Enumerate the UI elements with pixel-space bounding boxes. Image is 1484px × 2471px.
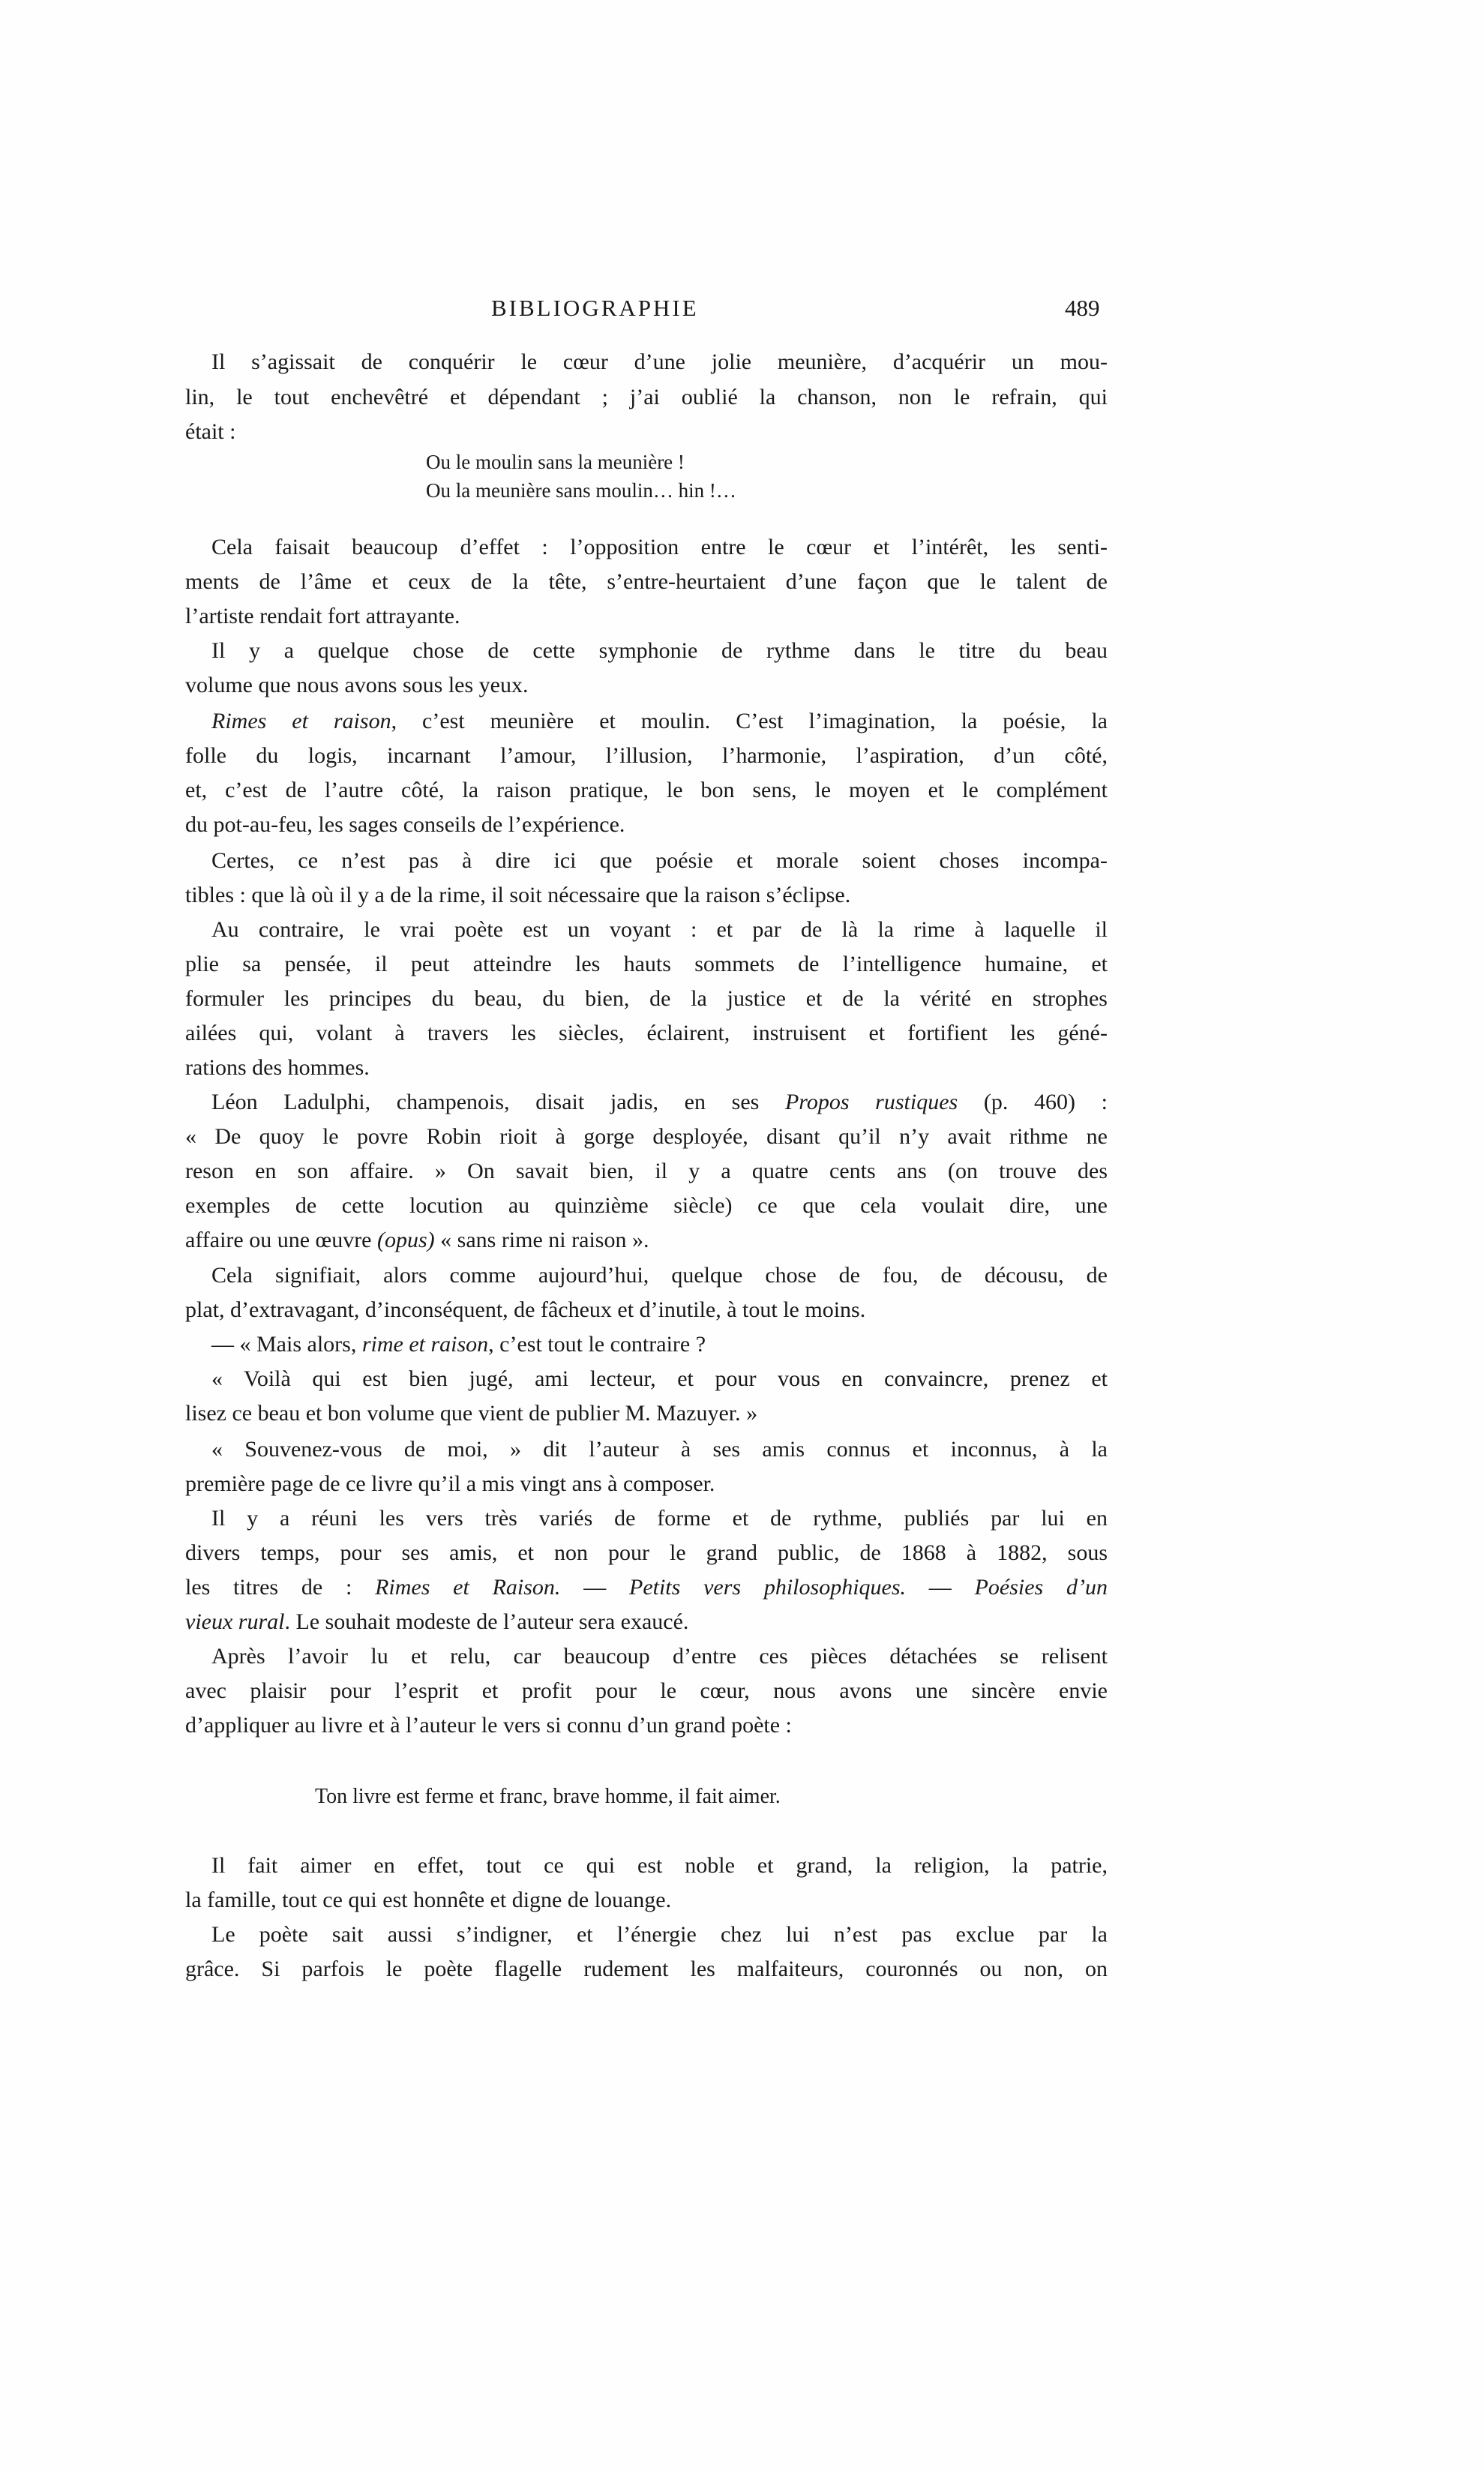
text-line: les titres de : Rimes et Raison. — Petit…: [185, 1574, 1108, 1601]
text-line: reson en son affaire. » On savait bien, …: [185, 1158, 1108, 1185]
verse-line: Ou la meunière sans moulin… hin !…: [426, 479, 736, 502]
text-line: divers temps, pour ses amis, et non pour…: [185, 1540, 1108, 1567]
text-line: Cela signifiait, alors comme aujourd’hui…: [211, 1262, 1108, 1289]
text-line: — « Mais alors, rime et raison, c’est to…: [211, 1331, 1108, 1358]
text-line: Il y a quelque chose de cette symphonie …: [211, 637, 1108, 664]
text-line: rations des hommes.: [185, 1054, 1108, 1081]
text-line: grâce. Si parfois le poète flagelle rude…: [185, 1956, 1108, 1983]
scanned-page: BIBLIOGRAPHIE 489 Il s’agissait de conqu…: [0, 0, 1484, 2471]
text-line: folle du logis, incarnant l’amour, l’ill…: [185, 742, 1108, 769]
text-line: lisez ce beau et bon volume que vient de…: [185, 1400, 1108, 1427]
text-line: exemples de cette locution au quinzième …: [185, 1192, 1108, 1219]
book-title: Propos rustiques: [785, 1090, 958, 1114]
verse-line: Ou le moulin sans la meunière !: [426, 451, 685, 474]
text-line: et, c’est de l’autre côté, la raison pra…: [185, 777, 1108, 804]
text-line: ailées qui, volant à travers les siècles…: [185, 1020, 1108, 1047]
text-line: du pot-au-feu, les sages conseils de l’e…: [185, 811, 1108, 838]
text-line: Il fait aimer en effet, tout ce qui est …: [211, 1852, 1108, 1879]
text-line: « De quoy le povre Robin rioit à gorge d…: [185, 1123, 1108, 1150]
text-line: était :: [185, 418, 1108, 445]
text-line: Au contraire, le vrai poète est un voyan…: [211, 916, 1108, 943]
text-line: lin, le tout enchevêtré et dépendant ; j…: [185, 384, 1108, 411]
text-line: affaire ou une œuvre (opus) « sans rime …: [185, 1227, 1108, 1254]
running-title: BIBLIOGRAPHIE: [491, 295, 699, 322]
book-title: Rimes et raison: [211, 709, 391, 733]
text-line: Il s’agissait de conquérir le cœur d’une…: [211, 349, 1108, 376]
text-line: ments de l’âme et ceux de la tête, s’ent…: [185, 568, 1108, 595]
page-number: 489: [1065, 295, 1100, 322]
text-line: l’artiste rendait fort attrayante.: [185, 603, 1108, 630]
text-line: Après l’avoir lu et relu, car beaucoup d…: [211, 1643, 1108, 1670]
text-line: Certes, ce n’est pas à dire ici que poés…: [211, 847, 1108, 874]
text-line: Le poète sait aussi s’indigner, et l’éne…: [211, 1921, 1108, 1948]
quoted-verse: Ton livre est ferme et franc, brave homm…: [315, 1785, 781, 1809]
text-line: première page de ce livre qu’il a mis vi…: [185, 1471, 1108, 1498]
text-line: Léon Ladulphi, champenois, disait jadis,…: [211, 1089, 1108, 1116]
text-line: volume que nous avons sous les yeux.: [185, 672, 1108, 699]
text-line: la famille, tout ce qui est honnête et d…: [185, 1887, 1108, 1914]
text-line: « Souvenez-vous de moi, » dit l’auteur à…: [211, 1436, 1108, 1463]
text-line: plat, d’extravagant, d’inconséquent, de …: [185, 1297, 1108, 1324]
text-line: « Voilà qui est bien jugé, ami lecteur, …: [211, 1366, 1108, 1393]
text-line: plie sa pensée, il peut atteindre les ha…: [185, 951, 1108, 978]
text-line: avec plaisir pour l’esprit et profit pou…: [185, 1678, 1108, 1705]
text-line: Cela faisait beaucoup d’effet : l’opposi…: [211, 534, 1108, 561]
text-line: d’appliquer au livre et à l’auteur le ve…: [185, 1712, 1108, 1739]
text-line: tibles : que là où il y a de la rime, il…: [185, 882, 1108, 909]
text-line: formuler les principes du beau, du bien,…: [185, 985, 1108, 1012]
text-line: vieux rural. Le souhait modeste de l’aut…: [185, 1609, 1108, 1636]
text-line: Rimes et raison, c’est meunière et mouli…: [211, 708, 1108, 735]
text-line: Il y a réuni les vers très variés de for…: [211, 1505, 1108, 1532]
